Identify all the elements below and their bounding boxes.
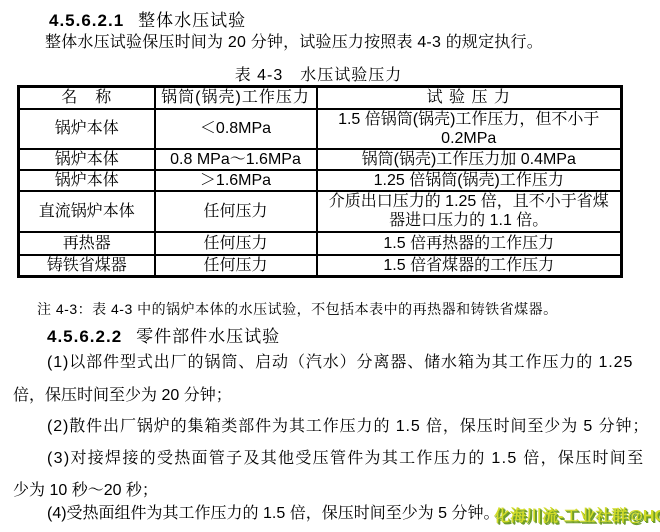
table-cell: 1.5 倍省煤器的工作压力: [317, 255, 622, 277]
table-header-row: 名 称 锅筒(锅壳)工作压力 试 验 压 力: [19, 87, 622, 109]
section-number: 4.5.6.2.2: [47, 327, 122, 346]
table-row: 锅炉本体 ＜0.8MPa 1.5 倍锅筒(锅壳)工作压力，但不小于 0.2MPa: [19, 109, 622, 149]
section-number: 4.5.6.2.1: [49, 11, 124, 30]
table-cell: 锅炉本体: [19, 170, 155, 191]
para-line: (2)散件出厂锅炉的集箱类部件为其工作压力的 1.5 倍，保压时间至少为 5 分…: [47, 417, 649, 437]
table-cell: 任何压力: [155, 255, 317, 277]
table-cell: 1.5 倍锅筒(锅壳)工作压力，但不小于 0.2MPa: [317, 109, 622, 149]
table-cell: 任何压力: [155, 191, 317, 232]
para-line: 少为 10 秒～20 秒；: [13, 481, 158, 501]
intro-paragraph: 整体水压试验保压时间为 20 分钟，试验压力按照表 4-3 的规定执行。: [45, 33, 543, 53]
table-cell: 任何压力: [155, 232, 317, 255]
table-cell: 锅炉本体: [19, 109, 155, 149]
table-cell: 0.8 MPa～1.6MPa: [155, 149, 317, 170]
para-line: 倍，保压时间至少为 20 分钟；: [13, 386, 232, 406]
table-header-cell: 试 验 压 力: [317, 87, 622, 109]
para-line: (1)以部件型式出厂的锅筒、启动（汽水）分离器、储水箱为其工作压力的 1.25: [47, 353, 633, 373]
table-cell: ＜0.8MPa: [155, 109, 317, 149]
table-row: 再热器 任何压力 1.5 倍再热器的工作压力: [19, 232, 622, 255]
table-cell: 再热器: [19, 232, 155, 255]
document-page: 4.5.6.2.1整体水压试验 整体水压试验保压时间为 20 分钟，试验压力按照…: [0, 0, 660, 532]
table-cell: 1.5 倍再热器的工作压力: [317, 232, 622, 255]
table-row: 锅炉本体 ＞1.6MPa 1.25 倍锅筒(锅壳)工作压力: [19, 170, 622, 191]
table-note: 注 4-3：表 4-3 中的锅炉本体的水压试验，不包括本表中的再热器和铸铁省煤器…: [37, 299, 558, 319]
table-cell: 锅筒(锅壳)工作压力加 0.4MPa: [317, 149, 622, 170]
section-heading-1: 4.5.6.2.1整体水压试验: [49, 6, 246, 31]
section-heading-2: 4.5.6.2.2零件部件水压试验: [47, 322, 280, 347]
table-cell: 直流锅炉本体: [19, 191, 155, 232]
section-title: 零件部件水压试验: [136, 327, 280, 346]
table-cell: 铸铁省煤器: [19, 255, 155, 277]
table-cell: 介质出口压力的 1.25 倍，且不小于省煤 器进口压力的 1.1 倍。: [317, 191, 622, 232]
para-line: (4)受热面组件为其工作压力的 1.5 倍，保压时间至少为 5 分钟。: [47, 504, 499, 524]
watermark-text: 化海川流-工业社群@HCBBS: [494, 503, 660, 526]
pressure-test-table: 名 称 锅筒(锅壳)工作压力 试 验 压 力 锅炉本体 ＜0.8MPa 1.5 …: [17, 85, 623, 278]
table-header-cell: 名 称: [19, 87, 155, 109]
table-row: 铸铁省煤器 任何压力 1.5 倍省煤器的工作压力: [19, 255, 622, 277]
para-line: (3)对接焊接的受热面管子及其他受压管件为其工作压力的 1.5 倍，保压时间至: [47, 449, 644, 469]
table-cell: 1.25 倍锅筒(锅壳)工作压力: [317, 170, 622, 191]
table-row: 锅炉本体 0.8 MPa～1.6MPa 锅筒(锅壳)工作压力加 0.4MPa: [19, 149, 622, 170]
table-cell: 锅炉本体: [19, 149, 155, 170]
table-caption: 表 4-3 水压试验压力: [17, 62, 620, 85]
table-header-cell: 锅筒(锅壳)工作压力: [155, 87, 317, 109]
table-row: 直流锅炉本体 任何压力 介质出口压力的 1.25 倍，且不小于省煤 器进口压力的…: [19, 191, 622, 232]
section-title: 整体水压试验: [138, 11, 246, 30]
table-cell: ＞1.6MPa: [155, 170, 317, 191]
